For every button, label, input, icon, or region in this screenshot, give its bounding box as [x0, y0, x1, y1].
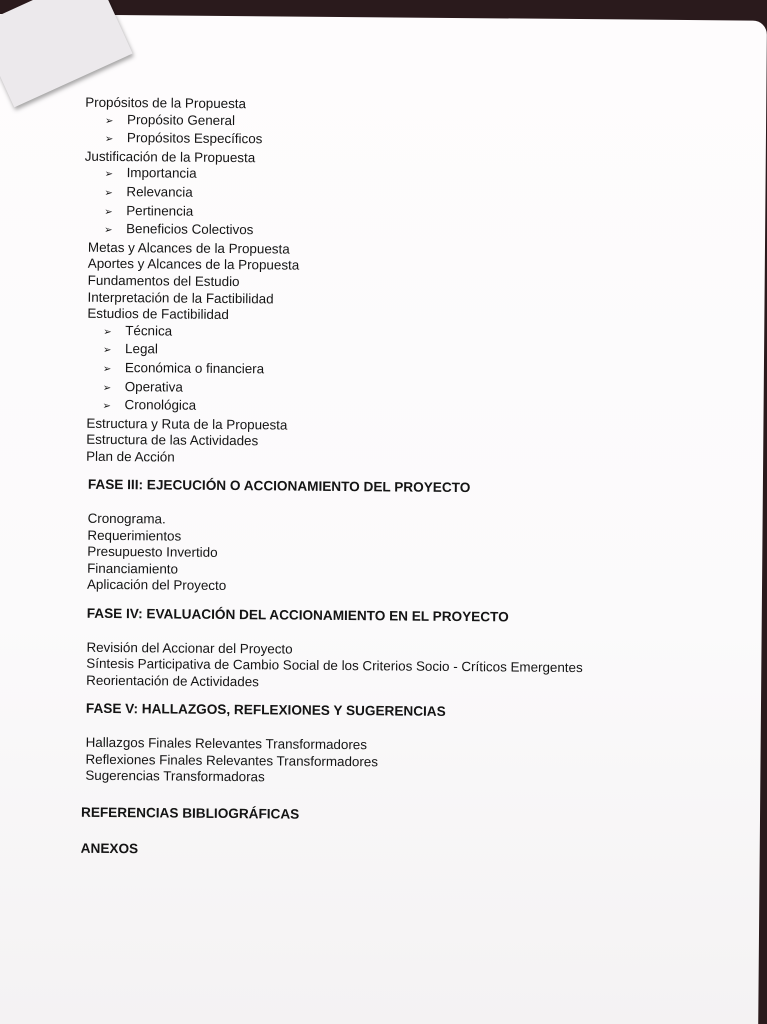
arrow-bullet-icon: ➢: [103, 343, 125, 360]
outline-item-label: Legal: [125, 341, 158, 356]
outline-item-label: Relevancia: [126, 184, 192, 200]
outline-item-label: Interpretación de la Factibilidad: [87, 289, 273, 306]
phase4-heading: FASE IV: EVALUACIÓN DEL ACCIONAMIENTO EN…: [81, 606, 584, 627]
outline-item-label: Económica o financiera: [125, 360, 264, 376]
outline-item-label: Técnica: [125, 323, 172, 338]
outline-item-label: Propósitos de la Propuesta: [85, 95, 246, 111]
phase3-items: Cronograma.RequerimientosPresupuesto Inv…: [81, 511, 584, 598]
outline-item-label: Fundamentos del Estudio: [88, 273, 240, 289]
arrow-bullet-icon: ➢: [104, 204, 126, 221]
outline-item-label: Aportes y Alcances de la Propuesta: [88, 256, 300, 273]
arrow-bullet-icon: ➢: [105, 167, 127, 184]
arrow-bullet-icon: ➢: [105, 114, 127, 131]
phase5-items: Hallazgos Finales Relevantes Transformad…: [79, 735, 582, 789]
arrow-bullet-icon: ➢: [104, 223, 126, 240]
phase-item: Aplicación del Proyecto: [87, 577, 584, 598]
arrow-bullet-icon: ➢: [105, 132, 127, 149]
outline-item-label: Propósito General: [127, 112, 235, 128]
outline-item: Plan de Acción: [82, 449, 585, 470]
outline-item-label: Pertinencia: [126, 203, 193, 219]
arrow-bullet-icon: ➢: [104, 186, 126, 203]
outline-item-label: Propósitos Específicos: [127, 130, 263, 146]
arrow-bullet-icon: ➢: [103, 362, 125, 379]
outline-item-label: Cronológica: [125, 397, 197, 413]
paper-sheet: Propósitos de la Propuesta➢Propósito Gen…: [0, 14, 767, 1024]
outline-item-label: Metas y Alcances de la Propuesta: [88, 240, 290, 257]
outline-item-label: Beneficios Colectivos: [126, 221, 253, 237]
outline-item-label: Operativa: [125, 379, 183, 395]
references-heading: REFERENCIAS BIBLIOGRÁFICAS: [79, 805, 582, 826]
phase-item: Sugerencias Transformadoras: [85, 768, 582, 789]
table-of-contents: Propósitos de la Propuesta➢Propósito Gen…: [78, 95, 587, 879]
phase5-heading: FASE V: HALLAZGOS, REFLEXIONES Y SUGEREN…: [80, 701, 583, 722]
outline-item-label: Plan de Acción: [86, 449, 175, 465]
phase4-items: Revisión del Accionar del ProyectoSíntes…: [80, 639, 583, 693]
outline-item-label: Importancia: [127, 165, 197, 181]
phase3-heading: FASE III: EJECUCIÓN O ACCIONAMIENTO DEL …: [82, 477, 585, 498]
outline-item-label: Justificación de la Propuesta: [85, 149, 256, 165]
arrow-bullet-icon: ➢: [103, 380, 125, 397]
proposal-outline: Propósitos de la Propuesta➢Propósito Gen…: [82, 95, 588, 470]
annexes-heading: ANEXOS: [79, 841, 582, 862]
outline-item-label: Estructura de las Actividades: [86, 432, 258, 448]
arrow-bullet-icon: ➢: [102, 399, 124, 416]
outline-item-label: Estructura y Ruta de la Propuesta: [86, 415, 287, 432]
outline-item-label: Estudios de Factibilidad: [87, 306, 229, 322]
overlapping-page-corner: [0, 0, 133, 107]
arrow-bullet-icon: ➢: [103, 325, 125, 342]
